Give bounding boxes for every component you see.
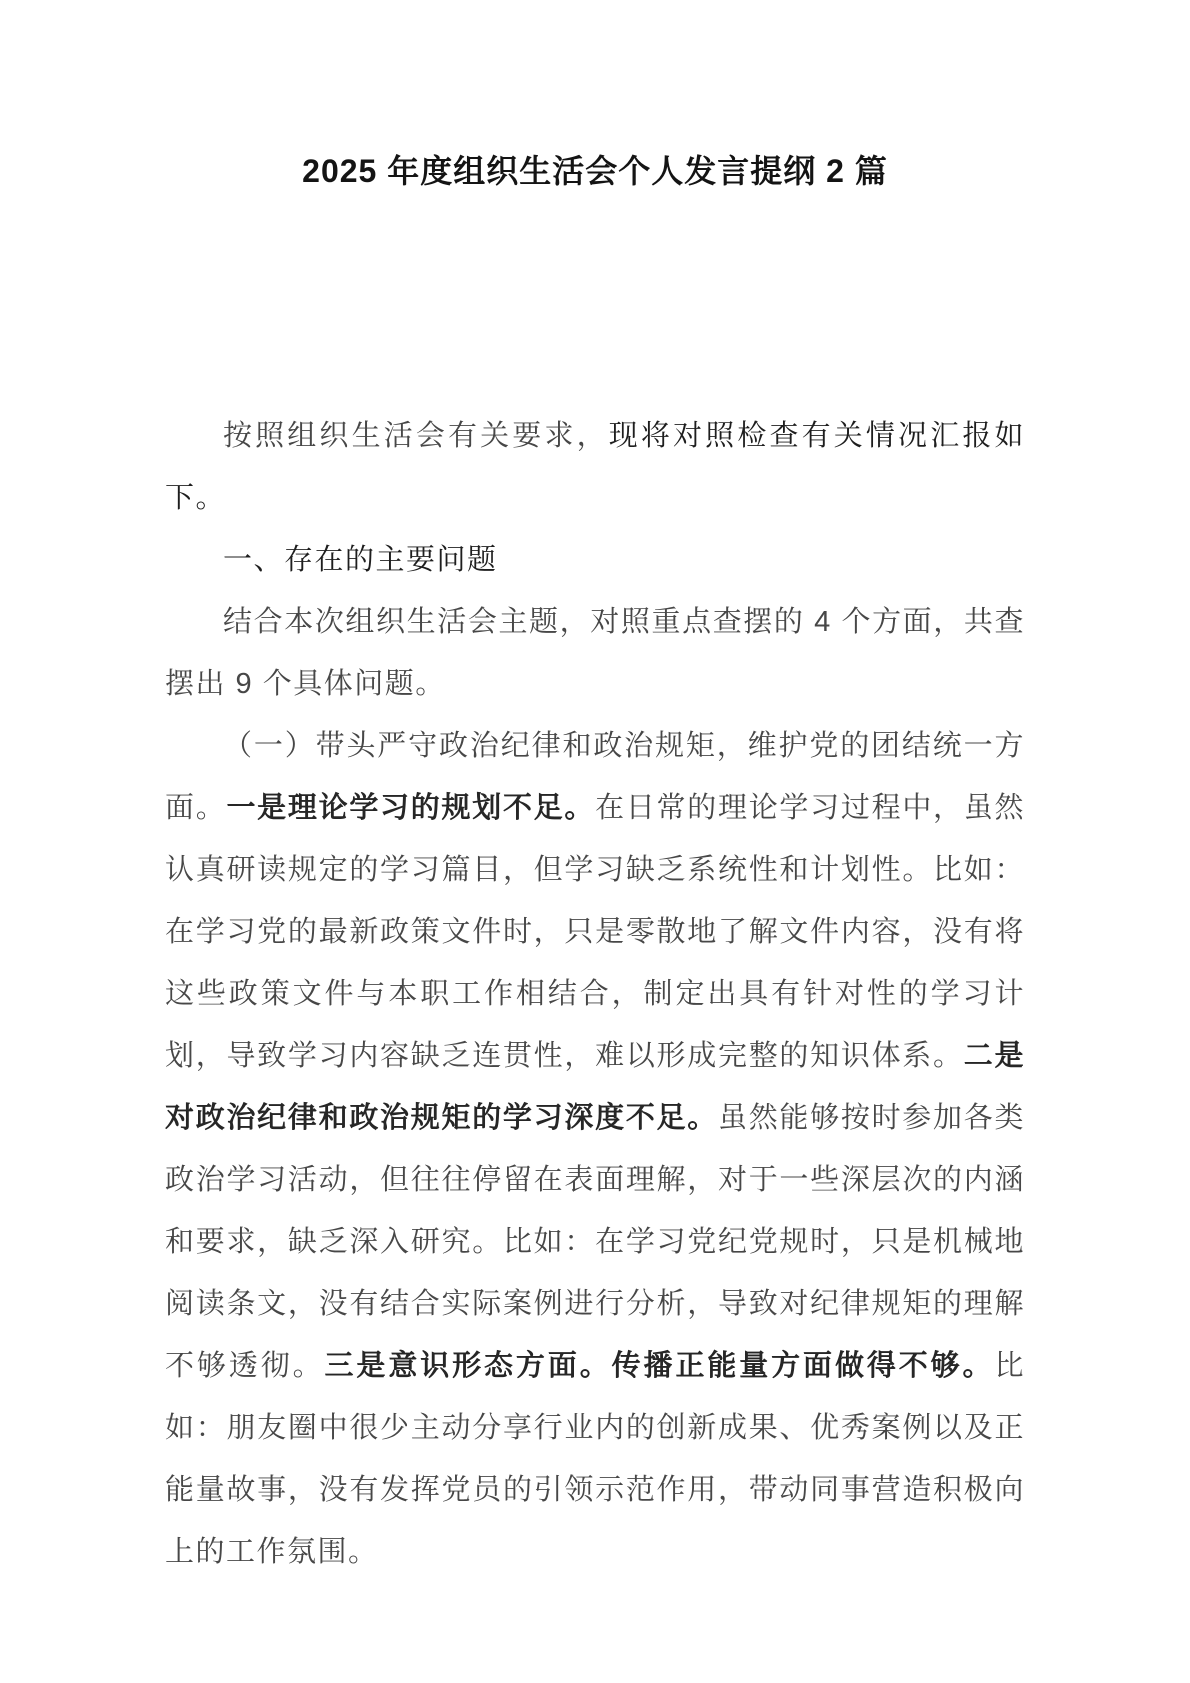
- paragraph: 结合本次组织生活会主题，对照重点查摆的 4 个方面，共查摆出 9 个具体问题。: [165, 591, 1025, 715]
- document-content: 2025 年度组织生活会个人发言提纲 2 篇 按照组织生活会有关要求，现将对照检…: [0, 0, 1190, 1583]
- document-page: 2025 年度组织生活会个人发言提纲 2 篇 按照组织生活会有关要求，现将对照检…: [0, 0, 1190, 1683]
- text-run-regular: 按照组织生活会有关要求，: [223, 420, 609, 452]
- text-run-regular: 比如：朋友圈中很少主动分享行业内的创新成果、优秀案例以及正能量故事，没有发挥党员…: [165, 1350, 1025, 1568]
- title-body-gap: [165, 193, 1025, 405]
- text-run-bold: 一是理论学习的规划不足。: [226, 792, 595, 824]
- text-run-bold: 三是意识形态方面。传播正能量方面做得不够。: [325, 1350, 995, 1382]
- paragraph: （一）带头严守政治纪律和政治规矩，维护党的团结统一方面。一是理论学习的规划不足。…: [165, 715, 1025, 1583]
- document-title: 2025 年度组织生活会个人发言提纲 2 篇: [165, 149, 1025, 193]
- text-run-regular: 虽然能够按时参加各类政治学习活动，但往往停留在表面理解，对于一些深层次的内涵和要…: [165, 1102, 1025, 1382]
- document-body: 按照组织生活会有关要求，现将对照检查有关情况汇报如下。一、存在的主要问题结合本次…: [165, 405, 1025, 1583]
- text-run-dark: 一、存在的主要问题: [223, 544, 498, 576]
- section-heading: 一、存在的主要问题: [165, 529, 1025, 591]
- text-run-regular: 结合本次组织生活会主题，对照重点查摆的 4 个方面，共查摆出 9 个具体问题。: [165, 606, 1025, 700]
- text-run-regular: 在日常的理论学习过程中，虽然认真研读规定的学习篇目，但学习缺乏系统性和计划性。比…: [165, 792, 1025, 1072]
- paragraph: 按照组织生活会有关要求，现将对照检查有关情况汇报如下。: [165, 405, 1025, 529]
